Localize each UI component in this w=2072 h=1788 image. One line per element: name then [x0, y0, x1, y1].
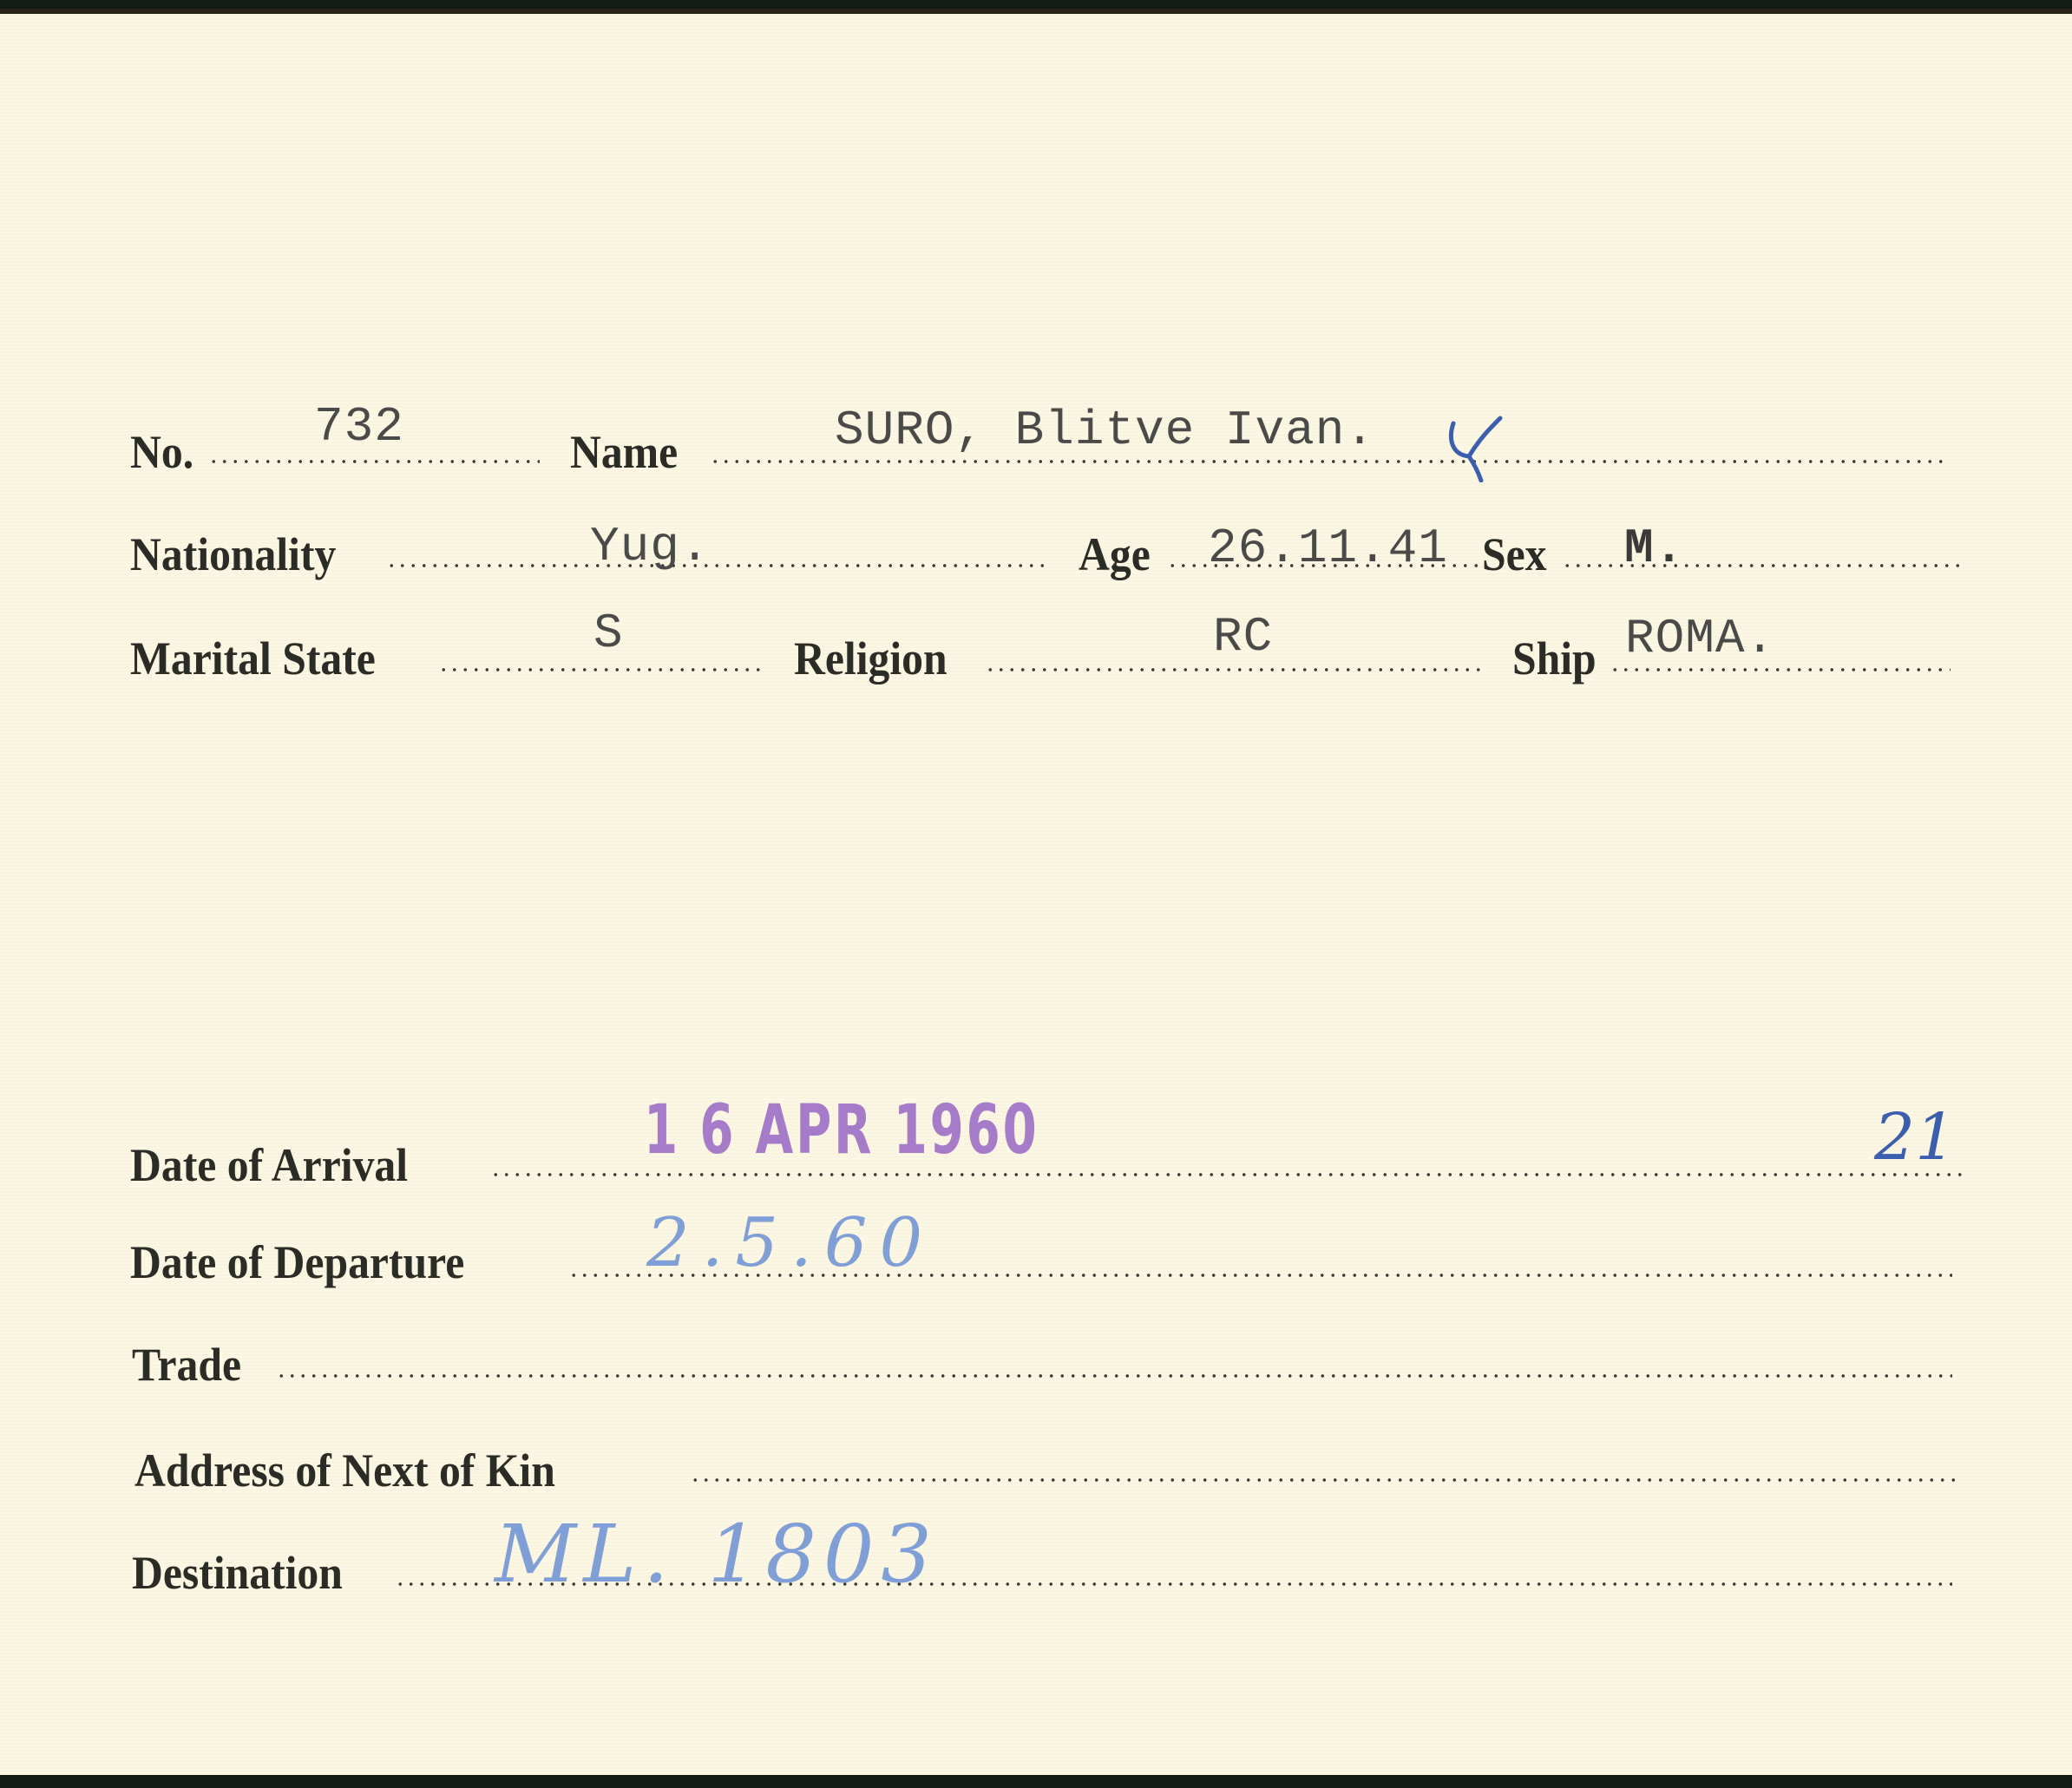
trade-label: Trade	[132, 1341, 241, 1388]
marital-state-label: Marital State	[130, 635, 376, 682]
date-of-arrival-dotted-line	[490, 1173, 1965, 1176]
name-label: Name	[570, 429, 678, 475]
nationality-dotted-line	[386, 564, 1046, 567]
trade-dotted-line	[276, 1374, 1952, 1378]
arrival-date-stamp: 1 6 APR 1960	[644, 1097, 1039, 1164]
no-label: No.	[130, 429, 193, 475]
ship-label: Ship	[1512, 635, 1597, 682]
destination-value: ML. 1803	[495, 1515, 939, 1595]
sex-value: M.	[1624, 524, 1684, 573]
marital-state-dotted-line	[438, 668, 766, 671]
migrant-record-card: No. 732 Name SURO, Blitve Ivan. National…	[0, 9, 2072, 1775]
ship-dotted-line	[1610, 668, 1951, 671]
religion-dotted-line	[985, 668, 1481, 671]
sex-label: Sex	[1482, 531, 1547, 578]
annotation-number: 21	[1874, 1105, 1956, 1169]
date-of-departure-label: Date of Departure	[130, 1239, 464, 1286]
checkmark-icon	[1445, 413, 1505, 482]
date-of-arrival-label: Date of Arrival	[130, 1142, 408, 1189]
no-dotted-line	[208, 460, 540, 463]
religion-value: RC	[1213, 612, 1273, 661]
marital-state-value: S	[593, 609, 624, 658]
address-next-of-kin-label: Address of Next of Kin	[134, 1447, 555, 1494]
name-dotted-line	[710, 460, 1946, 463]
age-label: Age	[1079, 531, 1151, 578]
date-of-departure-value: 2.5.60	[646, 1209, 934, 1277]
nationality-label: Nationality	[130, 531, 336, 578]
age-value: 26.11.41	[1208, 524, 1448, 573]
name-value: SURO, Blitve Ivan.	[835, 406, 1375, 455]
nationality-value: Yug.	[590, 522, 710, 571]
no-value: 732	[314, 403, 404, 451]
destination-label: Destination	[132, 1549, 343, 1596]
address-next-of-kin-dotted-line	[690, 1478, 1961, 1482]
religion-label: Religion	[794, 635, 947, 682]
sex-dotted-line	[1562, 564, 1959, 567]
ship-value: ROMA.	[1625, 614, 1775, 663]
